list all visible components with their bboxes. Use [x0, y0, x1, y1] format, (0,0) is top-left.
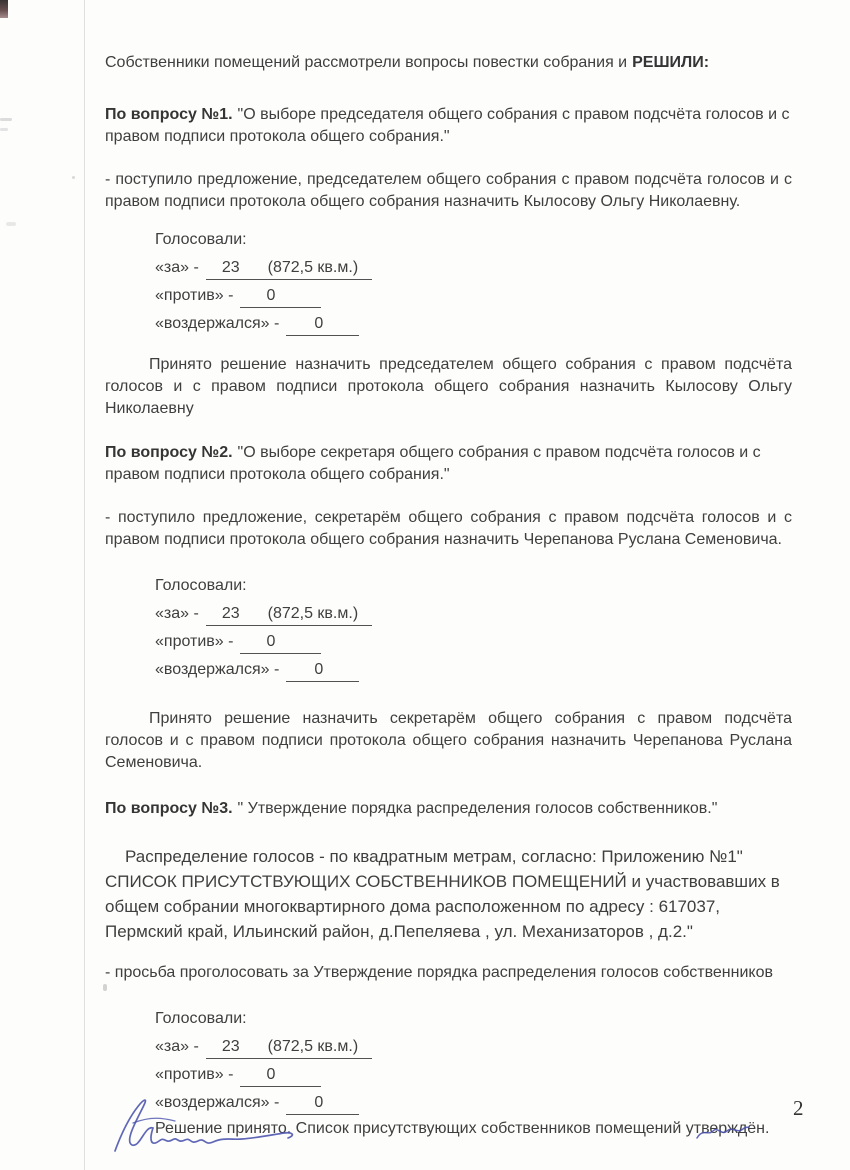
document-body: Собственники помещений рассмотрели вопро… [105, 0, 792, 1141]
vote-for-label: «за» - [155, 1038, 199, 1055]
vote-against-label: «против» - [155, 633, 233, 650]
vote-against-value-underlined: 0 [240, 1065, 321, 1087]
question1-decision: Принято решение назначить председателем … [105, 354, 792, 420]
vote-for-line: «за» -23(872,5 кв.м.) [155, 1033, 792, 1061]
vote-abstained-value-underlined: 0 [286, 314, 359, 336]
voting-heading: Голосовали: [155, 226, 792, 254]
vote-abstained-label: «воздержался» - [155, 315, 279, 332]
vote-abstained-line: «воздержался» -0 [155, 656, 792, 684]
vote-against-line: «против» -0 [155, 628, 792, 656]
resolved-heading: РЕШИЛИ: [632, 54, 709, 71]
intro-text: Собственники помещений рассмотрели вопро… [105, 54, 627, 71]
scan-artifact-corner [0, 0, 8, 18]
vote-against-label: «против» - [155, 1066, 233, 1083]
question3-title: " Утверждение порядка распределения голо… [238, 800, 718, 817]
vote-against-value-underlined: 0 [240, 286, 321, 308]
vote-against-count: 0 [266, 632, 275, 652]
vote-for-count: 23 [222, 604, 240, 624]
vote-abstained-line: «воздержался» -0 [155, 310, 792, 338]
scan-artifact [0, 118, 12, 121]
question3-request: - просьба проголосовать за Утверждение п… [105, 962, 792, 984]
vote-abstained-count: 0 [314, 1093, 323, 1113]
scanned-document-page: Собственники помещений рассмотрели вопро… [0, 0, 850, 1170]
question1-label: По вопросу №1. [105, 106, 233, 123]
question3-label: По вопросу №3. [105, 800, 233, 817]
scan-artifact [6, 222, 16, 226]
scan-fold-line [84, 0, 85, 1170]
intro-paragraph: Собственники помещений рассмотрели вопро… [105, 52, 792, 74]
vote-abstained-label: «воздержался» - [155, 661, 279, 678]
question1-proposal: - поступило предложение, председателем о… [105, 169, 792, 213]
vote-for-value-underlined: 23(872,5 кв.м.) [206, 604, 372, 626]
question2-heading: По вопросу №2."О выборе секретаря общего… [105, 442, 792, 486]
vote-against-line: «против» -0 [155, 1061, 792, 1089]
question3-heading: По вопросу №3." Утверждение порядка расп… [105, 798, 792, 820]
vote-abstained-value-underlined: 0 [286, 660, 359, 682]
vote-for-label: «за» - [155, 605, 199, 622]
vote-for-line: «за» -23(872,5 кв.м.) [155, 254, 792, 282]
vote-against-count: 0 [266, 1065, 275, 1085]
vote-abstained-count: 0 [314, 314, 323, 334]
vote-for-label: «за» - [155, 259, 199, 276]
vote-for-value-underlined: 23(872,5 кв.м.) [206, 1037, 372, 1059]
question2-decision: Принято решение назначить секретарём общ… [105, 708, 792, 774]
vote-against-line: «против» -0 [155, 282, 792, 310]
question2-voting-block: Голосовали: «за» -23(872,5 кв.м.) «проти… [155, 572, 792, 684]
vote-against-count: 0 [266, 286, 275, 306]
vote-for-line: «за» -23(872,5 кв.м.) [155, 600, 792, 628]
vote-for-value-underlined: 23(872,5 кв.м.) [206, 258, 372, 280]
vote-against-value-underlined: 0 [240, 632, 321, 654]
question1-heading: По вопросу №1."О выборе председателя общ… [105, 104, 792, 148]
scan-artifact [0, 128, 8, 131]
page-number: 2 [793, 1096, 804, 1121]
vote-for-area: (872,5 кв.м.) [268, 1037, 359, 1057]
scan-artifact [72, 176, 75, 179]
question3-distribution: Распределение голосов - по квадратным ме… [105, 844, 792, 944]
handwritten-signature-left [105, 1088, 305, 1160]
voting-heading: Голосовали: [155, 1005, 792, 1033]
handwritten-initials-right [693, 1115, 753, 1147]
vote-against-label: «против» - [155, 287, 233, 304]
vote-abstained-count: 0 [314, 660, 323, 680]
vote-for-area: (872,5 кв.м.) [268, 604, 359, 624]
vote-for-count: 23 [222, 1037, 240, 1057]
question2-label: По вопросу №2. [105, 444, 233, 461]
question1-voting-block: Голосовали: «за» -23(872,5 кв.м.) «проти… [155, 226, 792, 338]
question2-proposal: - поступило предложение, секретарём обще… [105, 507, 792, 551]
vote-for-area: (872,5 кв.м.) [268, 258, 359, 278]
vote-for-count: 23 [222, 258, 240, 278]
voting-heading: Голосовали: [155, 572, 792, 600]
